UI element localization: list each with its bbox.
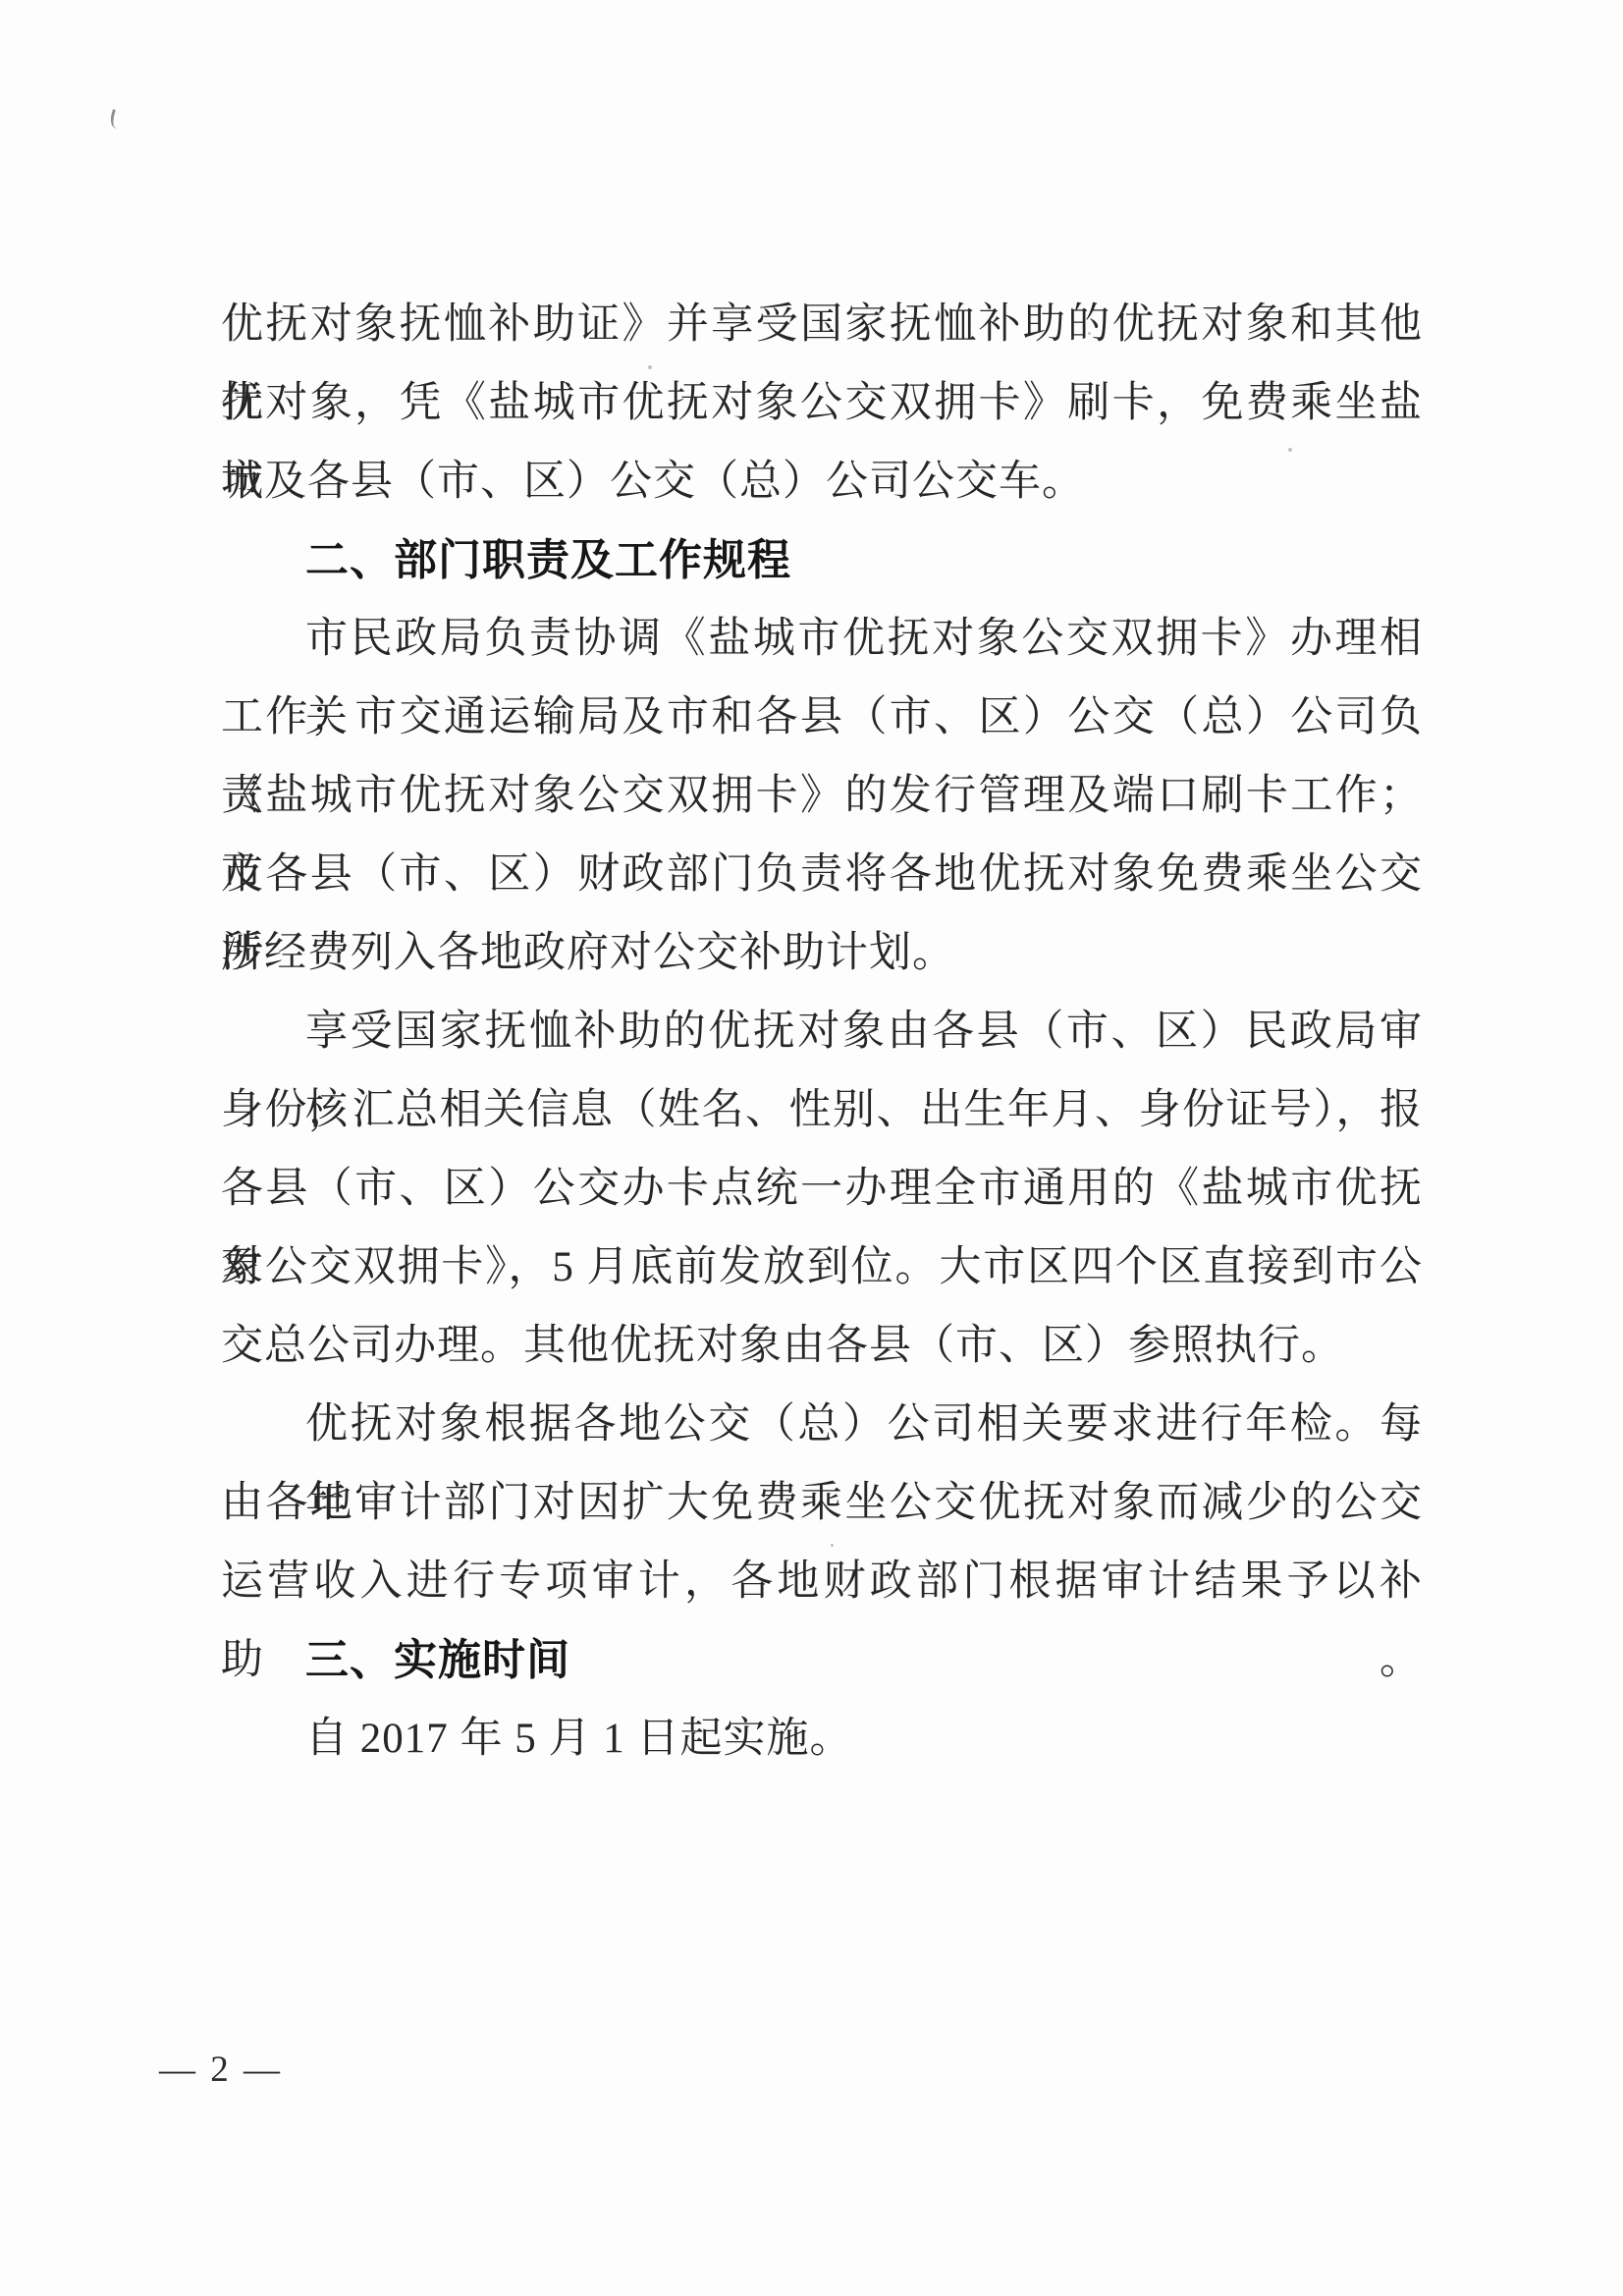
paragraph-line: 身份，汇总相关信息（姓名、性别、出生年月、身份证号），报 xyxy=(221,1071,1423,1150)
section-heading-2: 二、部门职责及工作规程 xyxy=(221,521,1423,600)
paragraph-line: 各县（市、区）公交办卡点统一办理全市通用的《盐城市优抚对 xyxy=(221,1150,1423,1229)
paragraph-line: 优抚对象抚恤补助证》并享受国家抚恤补助的优抚对象和其他优 xyxy=(221,286,1423,364)
page-number: — 2 — xyxy=(159,2049,283,2091)
scanned-document-page: 优抚对象抚恤补助证》并享受国家抚恤补助的优抚对象和其他优 抚对象，凭《盐城市优抚… xyxy=(0,0,1623,2296)
paragraph-line: 涉经费列入各地政府对公交补助计划。 xyxy=(221,914,1423,993)
paragraph-line: 市及各县（市、区）公交（总）公司公交车。 xyxy=(221,443,1423,521)
paragraph-line: 抚对象，凭《盐城市优抚对象公交双拥卡》刷卡，免费乘坐盐城 xyxy=(221,364,1423,443)
document-text-block: 优抚对象抚恤补助证》并享受国家抚恤补助的优抚对象和其他优 抚对象，凭《盐城市优抚… xyxy=(221,286,1423,1778)
paragraph-line: 《盐城市优抚对象公交双拥卡》的发行管理及端口刷卡工作；市 xyxy=(221,757,1423,836)
paragraph-line: 自 2017 年 5 月 1 日起实施。 xyxy=(221,1700,1423,1778)
paragraph-line: 市民政局负责协调《盐城市优抚对象公交双拥卡》办理相关 xyxy=(221,600,1423,679)
paragraph-line: 享受国家抚恤补助的优抚对象由各县（市、区）民政局审核 xyxy=(221,993,1423,1071)
paragraph-line: 由各地审计部门对因扩大免费乘坐公交优抚对象而减少的公交 xyxy=(221,1464,1423,1543)
paragraph-line: 象公交双拥卡》，5 月底前发放到位。大市区四个区直接到市公 xyxy=(221,1229,1423,1307)
scan-artifact-mark xyxy=(107,109,121,129)
paragraph-line: 交总公司办理。其他优抚对象由各县（市、区）参照执行。 xyxy=(221,1307,1423,1386)
paragraph-line: 工作；市交通运输局及市和各县（市、区）公交（总）公司负责 xyxy=(221,679,1423,757)
paragraph-line: 优抚对象根据各地公交（总）公司相关要求进行年检。每年 xyxy=(221,1386,1423,1464)
paragraph-line: 及各县（市、区）财政部门负责将各地优抚对象免费乘坐公交所 xyxy=(221,836,1423,914)
paragraph-line: 运营收入进行专项审计，各地财政部门根据审计结果予以补助。 xyxy=(221,1543,1423,1621)
